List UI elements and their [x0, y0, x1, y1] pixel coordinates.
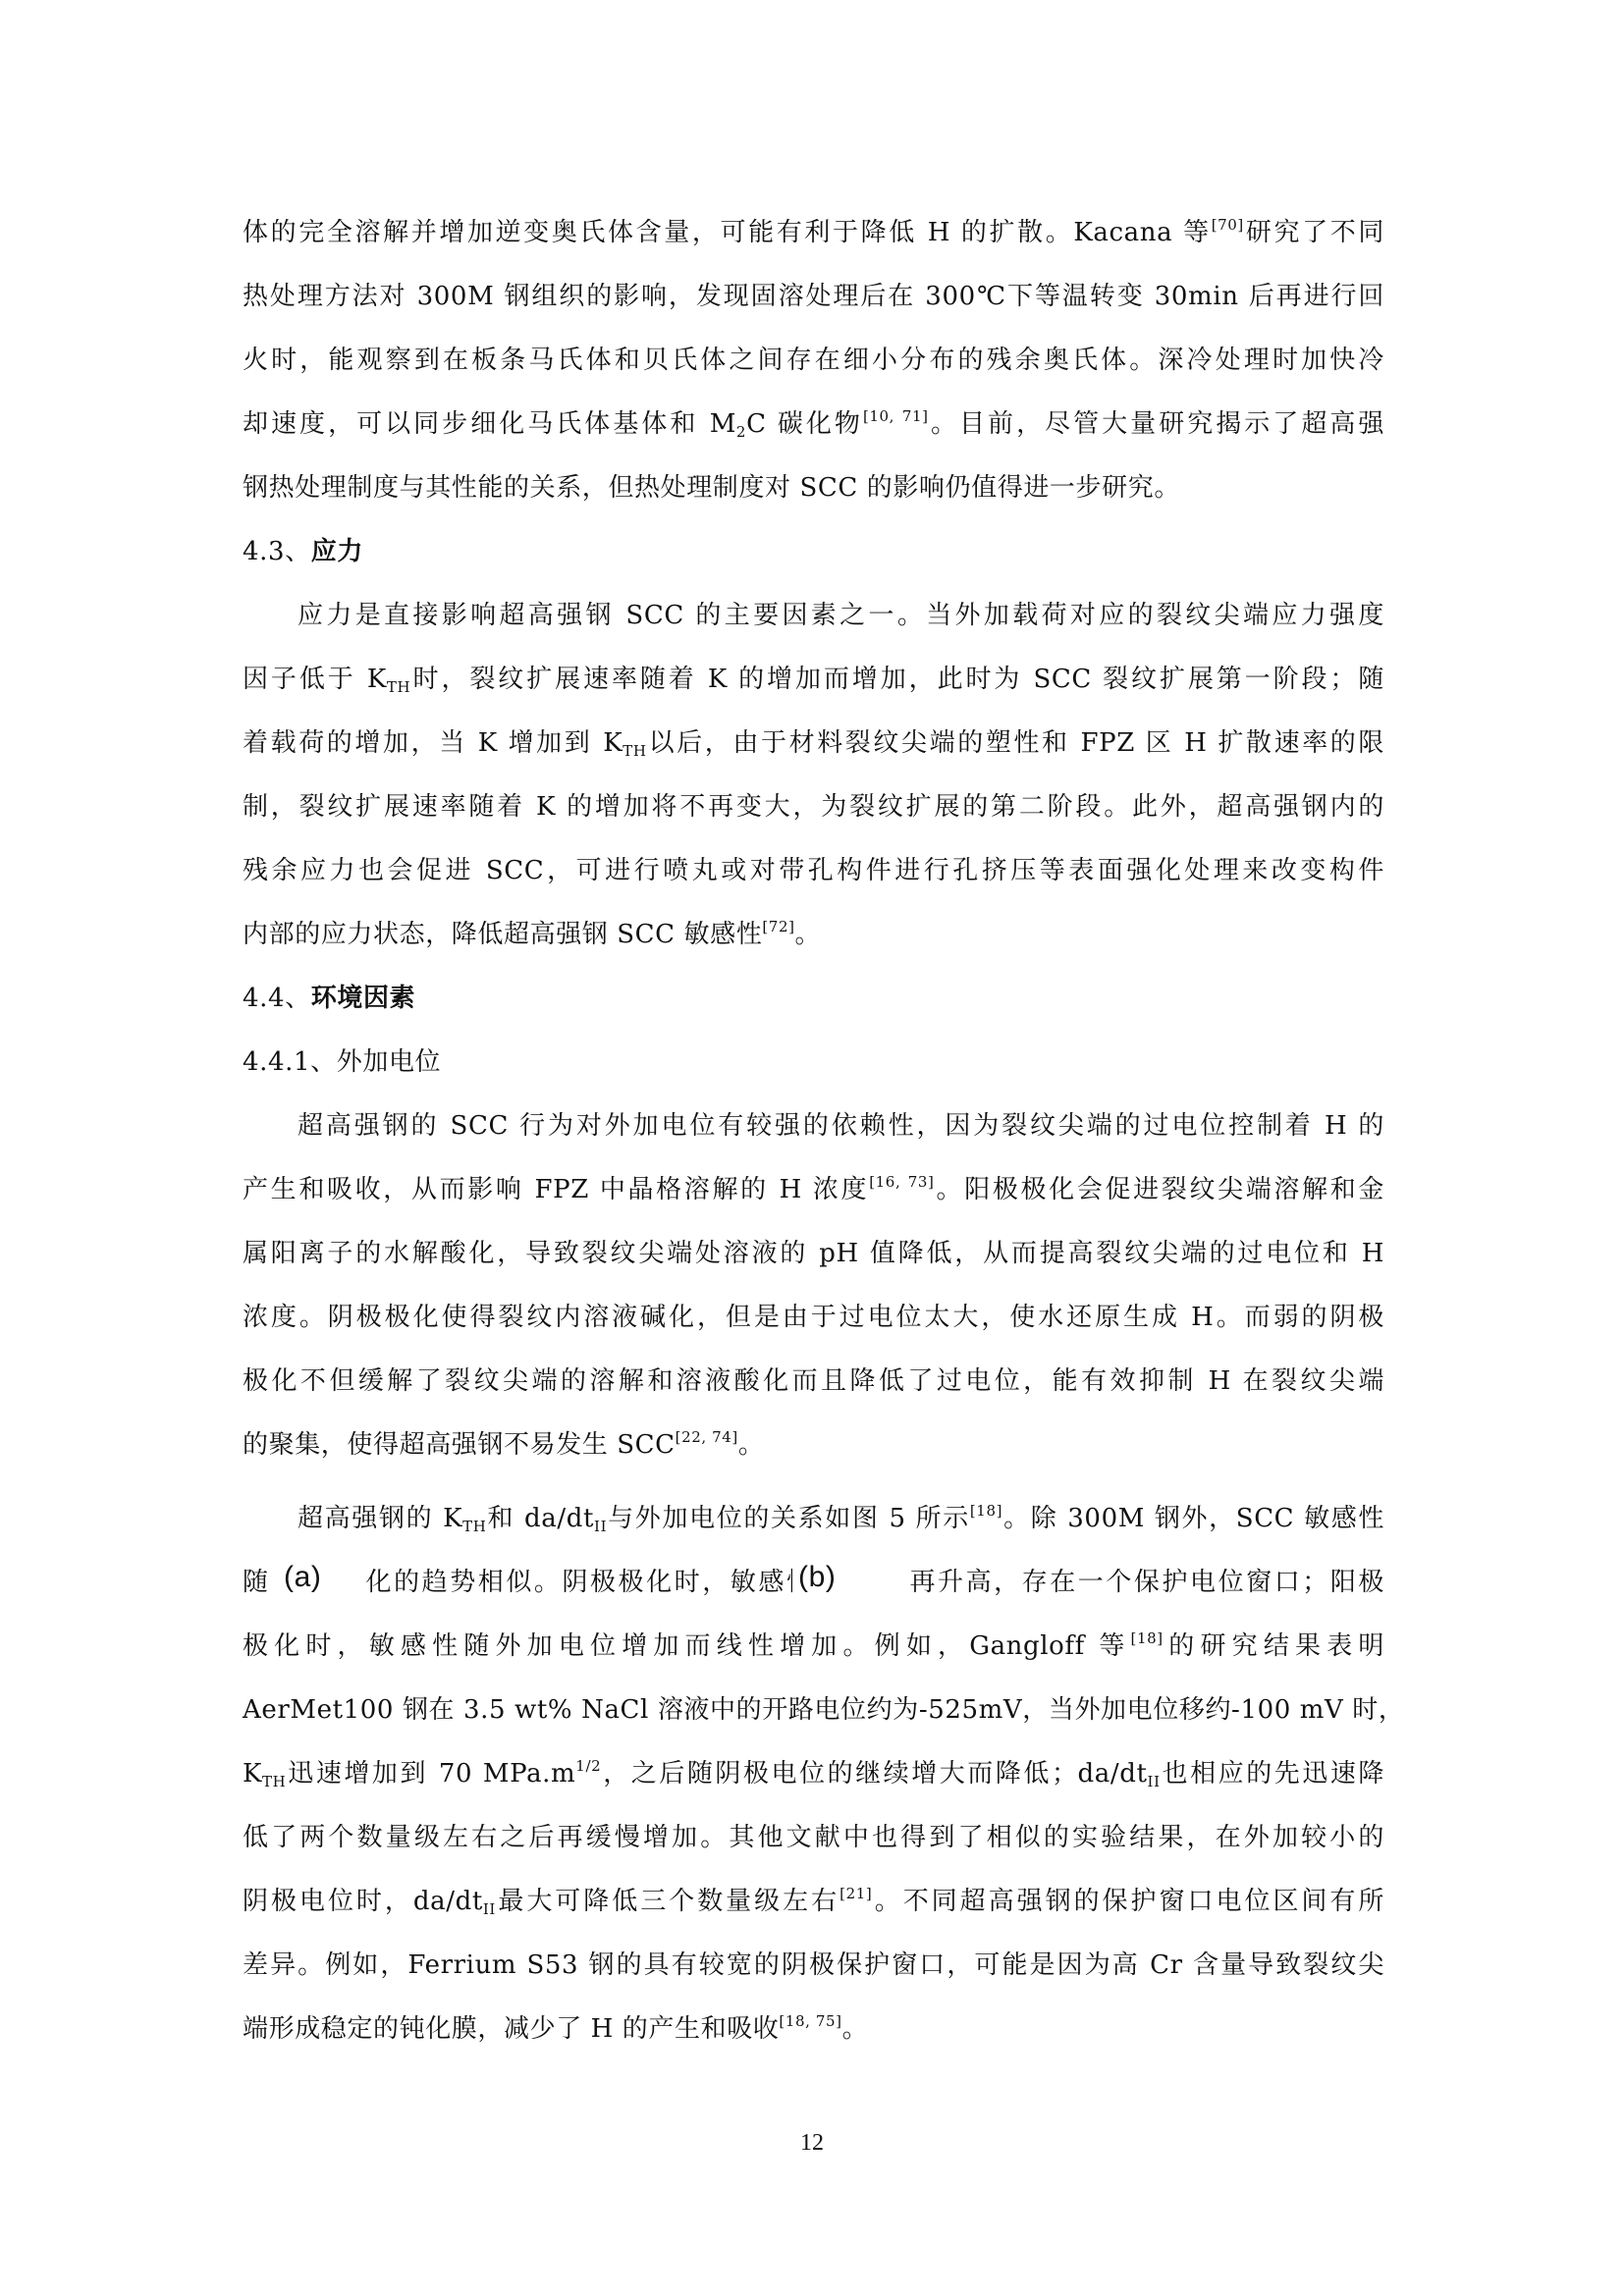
section-heading-4-4-1: 4.4.1、外加电位: [243, 1031, 1384, 1095]
citation: [18]: [970, 1502, 1002, 1520]
paragraph-line: 应力是直接影响超高强钢 SCC 的主要因素之一。当外加载荷对应的裂纹尖端应力强度: [243, 584, 1384, 648]
citation: [21]: [839, 1885, 872, 1902]
paragraph-line: 极化时，敏感性随外加电位增加而线性增加。例如，Gangloff 等[18]的研究…: [243, 1615, 1384, 1679]
figure-label-b: (b): [792, 1545, 841, 1609]
paragraph-line: 因子低于 KTH时，裂纹扩展速率随着 K 的增加而增加，此时为 SCC 裂纹扩展…: [243, 648, 1384, 712]
paragraph-line: 端形成稳定的钝化膜，减少了 H 的产生和吸收[18, 75]。: [243, 1998, 1384, 2061]
paragraph-line: 却速度，可以同步细化马氏体基体和 M2C 碳化物[10, 71]。目前，尽管大量…: [243, 393, 1384, 456]
paragraph-line: 低了两个数量级左右之后再缓慢增加。其他文献中也得到了相似的实验结果，在外加较小的: [243, 1806, 1384, 1870]
citation: [72]: [762, 918, 794, 935]
paragraph-line: 属阳离子的水解酸化，导致裂纹尖端处溶液的 pH 值降低，从而提高裂纹尖端的过电位…: [243, 1222, 1384, 1286]
paragraph-line: 残余应力也会促进 SCC，可进行喷丸或对带孔构件进行孔挤压等表面强化处理来改变构…: [243, 839, 1384, 903]
paragraph-line: 极化不但缓解了裂纹尖端的溶解和溶液酸化而且降低了过电位，能有效抑制 H 在裂纹尖…: [243, 1350, 1384, 1414]
citation: [10, 71]: [863, 407, 929, 425]
paragraph-line: 差异。例如，Ferrium S53 钢的具有较宽的阴极保护窗口，可能是因为高 C…: [243, 1934, 1384, 1998]
paragraph-line: 产生和吸收，从而影响 FPZ 中晶格溶解的 H 浓度[16, 73]。阳极极化会…: [243, 1158, 1384, 1222]
paragraph-line: 体的完全溶解并增加逆变奥氏体含量，可能有利于降低 H 的扩散。Kacana 等[…: [243, 201, 1384, 265]
paragraph-line: 的聚集，使得超高强钢不易发生 SCC[22, 74]。: [243, 1414, 1384, 1477]
paragraph-line: 火时，能观察到在板条马氏体和贝氏体之间存在细小分布的残余奥氏体。深冷处理时加快冷: [243, 329, 1384, 393]
paragraph-line: 超高强钢的 SCC 行为对外加电位有较强的依赖性，因为裂纹尖端的过电位控制着 H…: [243, 1095, 1384, 1158]
paragraph-line: AerMet100 钢在 3.5 wt% NaCl 溶液中的开路电位约为-525…: [243, 1679, 1384, 1742]
paragraph-line: 阴极电位时，da/dtII最大可降低三个数量级左右[21]。不同超高强钢的保护窗…: [243, 1870, 1384, 1934]
citation: [18]: [1131, 1629, 1164, 1647]
paragraph-line: 超高强钢的 KTH和 da/dtII与外加电位的关系如图 5 所示[18]。除 …: [243, 1487, 1384, 1551]
citation: [18, 75]: [779, 2012, 841, 2030]
figure-label-a: (a): [278, 1545, 327, 1609]
paragraph-line: 热处理方法对 300M 钢组织的影响，发现固溶处理后在 300℃下等温转变 30…: [243, 265, 1384, 329]
page-body: 体的完全溶解并增加逆变奥氏体含量，可能有利于降低 H 的扩散。Kacana 等[…: [243, 201, 1384, 2061]
paragraph-line: 着载荷的增加，当 K 增加到 KTH以后，由于材料裂纹尖端的塑性和 FPZ 区 …: [243, 712, 1384, 775]
citation: [16, 73]: [869, 1173, 934, 1191]
paragraph-line: 制，裂纹扩展速率随着 K 的增加将不再变大，为裂纹扩展的第二阶段。此外，超高强钢…: [243, 775, 1384, 839]
citation: [70]: [1212, 216, 1244, 234]
paragraph-line: 钢热处理制度与其性能的关系，但热处理制度对 SCC 的影响仍值得进一步研究。: [243, 456, 1384, 520]
paragraph-line: 浓度。阴极极化使得裂纹内溶液碱化，但是由于过电位太大，使水还原生成 H。而弱的阴…: [243, 1286, 1384, 1350]
section-heading-4-3: 4.3、应力: [243, 520, 1384, 584]
paragraph-line: 内部的应力状态，降低超高强钢 SCC 敏感性[72]。: [243, 903, 1384, 967]
section-heading-4-4: 4.4、环境因素: [243, 967, 1384, 1031]
paragraph-line: 随化的趋势相似。阴极极化时，敏感性再升高，存在一个保护电位窗口；阳极 (a) (…: [243, 1551, 1384, 1615]
page-number: 12: [0, 2130, 1624, 2157]
paragraph-line: KTH迅速增加到 70 MPa.m1/2，之后随阴极电位的继续增大而降低；da/…: [243, 1742, 1384, 1806]
citation: [22, 74]: [676, 1428, 738, 1446]
